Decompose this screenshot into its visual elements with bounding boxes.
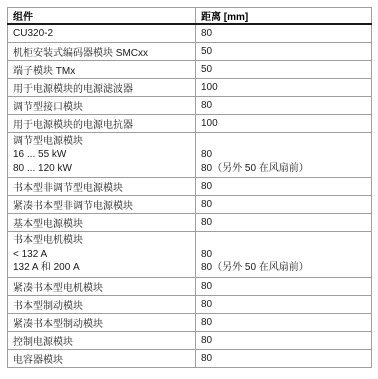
component-cell: CU320-2 (8, 24, 196, 42)
clearance-table-container: 组件 距离 [mm] CU320-2 80 机柜安装式编码器模块 SMCxx 5… (7, 7, 371, 368)
component-line: 16 ... 55 kW (13, 148, 190, 162)
distance-line: 80（另外 50 在风扇前） (201, 261, 366, 275)
distance-cell: 100 (196, 78, 372, 96)
table-row: 紧凑书本型制动模块 80 (8, 313, 372, 331)
distance-cell: 50 (196, 60, 372, 78)
table-row: 机柜安装式编码器模块 SMCxx 50 (8, 42, 372, 60)
distance-cell: 80 (196, 96, 372, 114)
distance-line (201, 234, 366, 248)
component-cell: 书本型制动模块 (8, 295, 196, 313)
table-row: 书本型非调节型电源模块 80 (8, 178, 372, 196)
component-cell: 紧凑书本型非调节电源模块 (8, 196, 196, 214)
column-header-distance: 距离 [mm] (196, 8, 372, 25)
component-line: < 132 A (13, 248, 190, 262)
table-row: 端子模块 TMx 50 (8, 60, 372, 78)
table-row-multiline: 书本型电机模块 < 132 A 132 A 和 200 A 80 80（另外 5… (8, 232, 372, 278)
distance-cell: 50 (196, 42, 372, 60)
table-row: 紧凑书本型电机模块 80 (8, 277, 372, 295)
component-line: 80 ... 120 kW (13, 162, 190, 176)
table-row: 电容器模块 80 (8, 349, 372, 367)
table-row: 控制电源模块 80 (8, 331, 372, 349)
component-cell: 用于电源模块的电源电抗器 (8, 114, 196, 132)
column-header-component: 组件 (8, 8, 196, 25)
table-header-row: 组件 距离 [mm] (8, 8, 372, 25)
component-line: 书本型电机模块 (13, 234, 190, 248)
table-row: 用于电源模块的电源电抗器 100 (8, 114, 372, 132)
table-row: 书本型制动模块 80 (8, 295, 372, 313)
table-row-multiline: 调节型电源模块 16 ... 55 kW 80 ... 120 kW 80 80… (8, 132, 372, 178)
distance-cell: 80 (196, 295, 372, 313)
component-cell: 紧凑书本型电机模块 (8, 277, 196, 295)
component-clearance-table: 组件 距离 [mm] CU320-2 80 机柜安装式编码器模块 SMCxx 5… (7, 7, 372, 368)
component-cell: 调节型电源模块 16 ... 55 kW 80 ... 120 kW (8, 132, 196, 178)
distance-cell: 80 (196, 178, 372, 196)
distance-cell: 80 (196, 277, 372, 295)
component-cell: 书本型电机模块 < 132 A 132 A 和 200 A (8, 232, 196, 278)
distance-cell: 80 (196, 349, 372, 367)
component-cell: 电容器模块 (8, 349, 196, 367)
distance-cell: 80 (196, 313, 372, 331)
distance-cell: 100 (196, 114, 372, 132)
component-line: 调节型电源模块 (13, 135, 190, 149)
component-cell: 紧凑书本型制动模块 (8, 313, 196, 331)
component-cell: 用于电源模块的电源滤波器 (8, 78, 196, 96)
component-cell: 书本型非调节型电源模块 (8, 178, 196, 196)
distance-cell: 80 80（另外 50 在风扇前） (196, 232, 372, 278)
component-line: 132 A 和 200 A (13, 261, 190, 275)
table-row: 用于电源模块的电源滤波器 100 (8, 78, 372, 96)
table-row: 基本型电源模块 80 (8, 214, 372, 232)
component-cell: 端子模块 TMx (8, 60, 196, 78)
distance-cell: 80 (196, 214, 372, 232)
table-row: CU320-2 80 (8, 24, 372, 42)
distance-line (201, 135, 366, 149)
component-cell: 控制电源模块 (8, 331, 196, 349)
component-cell: 机柜安装式编码器模块 SMCxx (8, 42, 196, 60)
distance-cell: 80 80（另外 50 在风扇前） (196, 132, 372, 178)
table-row: 调节型接口模块 80 (8, 96, 372, 114)
distance-cell: 80 (196, 331, 372, 349)
distance-line: 80 (201, 148, 366, 162)
component-cell: 调节型接口模块 (8, 96, 196, 114)
distance-cell: 80 (196, 24, 372, 42)
table-row: 紧凑书本型非调节电源模块 80 (8, 196, 372, 214)
distance-cell: 80 (196, 196, 372, 214)
distance-line: 80 (201, 248, 366, 262)
distance-line: 80（另外 50 在风扇前） (201, 162, 366, 176)
component-cell: 基本型电源模块 (8, 214, 196, 232)
